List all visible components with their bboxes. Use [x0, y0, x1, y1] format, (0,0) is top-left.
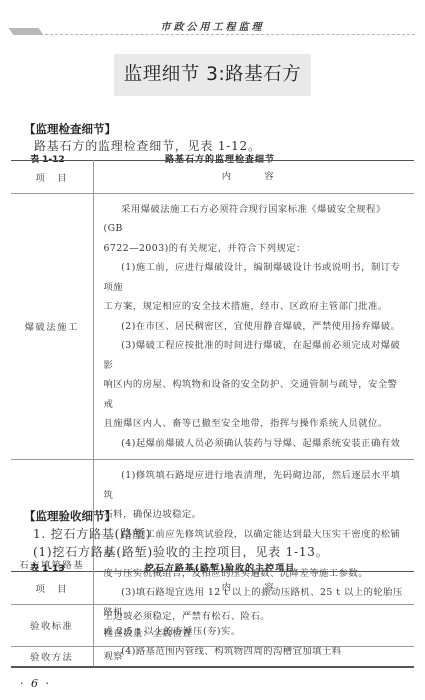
- header-content: 内 容: [93, 572, 414, 605]
- running-head: 市政公用工程监理: [0, 18, 425, 38]
- acceptance-section-heading: 【监理验收细节】: [24, 508, 116, 524]
- content-line: 观察: [104, 648, 405, 665]
- content-line: (3)爆破工程应按批准的时间进行爆破，在起爆前必须完成对爆破影: [104, 336, 405, 375]
- header-item: 项 目: [11, 572, 93, 605]
- header-content: 内 容: [93, 161, 414, 194]
- header-dashed-rule: [40, 34, 415, 35]
- row-item: 爆破法施工: [11, 193, 93, 460]
- content-line: 采用爆破法施工石方必须符合现行国家标准《爆破安全规程》(GB: [104, 200, 405, 239]
- content-line: 检查数量：全数检查: [104, 625, 405, 642]
- running-head-title: 市政公用工程监理: [0, 18, 425, 33]
- table-row: 爆破法施工 采用爆破法施工石方必须符合现行国家标准《爆破安全规程》(GB 672…: [11, 193, 414, 460]
- table-row: 验收标准 上边坡必须稳定，严禁有松石、险石。 检查数量：全数检查: [11, 604, 414, 646]
- content-line: 石料，确保边坡稳定。: [104, 505, 405, 525]
- content-line: 上边坡必须稳定，严禁有松石、险石。: [104, 608, 405, 625]
- chapter-title: 监理细节 3:路基石方: [114, 54, 311, 96]
- content-line: 响区内的房屋、构筑物和设备的安全防护、交通管制与疏导，安全警戒: [104, 375, 405, 414]
- acceptance-intro: (1)挖石方路基(路堑)验收的主控项目，见表 1-13。: [33, 543, 329, 560]
- content-line: (4)起爆前爆破人员必须确认装药与导爆、起爆系统安装正确有效: [104, 434, 405, 454]
- row-content: 上边坡必须稳定，严禁有松石、险石。 检查数量：全数检查: [93, 604, 414, 646]
- header-item: 项 目: [11, 161, 93, 194]
- content-line: (1)施工前，应进行爆破设计，编制爆破设计书或说明书，制订专项施: [104, 258, 405, 297]
- table-1-13: 项 目 内 容 验收标准 上边坡必须稳定，严禁有松石、险石。 检查数量：全数检查…: [11, 571, 414, 667]
- row-content: 采用爆破法施工石方必须符合现行国家标准《爆破安全规程》(GB 6722—2003…: [93, 193, 414, 460]
- inspection-section-heading: 【监理检查细节】: [24, 121, 116, 137]
- row-content: 观察: [93, 646, 414, 666]
- content-line: 工方案，规定相应的安全技术措施，经市、区政府主管部门批准。: [104, 297, 405, 317]
- content-line: (1)修筑填石路堤应进行地表清理，先码砌边部，然后逐层水平填筑: [104, 466, 405, 505]
- page-number: · 6 ·: [20, 677, 51, 690]
- row-item: 验收方法: [11, 646, 93, 666]
- content-line: 6722—2003)的有关规定，并符合下列规定：: [104, 239, 405, 259]
- acceptance-subheading: 1. 挖石方路基(路堑): [33, 525, 151, 542]
- table-header-row: 项 目 内 容: [11, 572, 414, 605]
- table-row: 验收方法 观察: [11, 646, 414, 666]
- row-item: 验收标准: [11, 604, 93, 646]
- table-header-row: 项 目 内 容: [11, 161, 414, 194]
- content-line: (2)在市区、居民稠密区，宜使用静音爆破，严禁使用扬弃爆破。: [104, 317, 405, 337]
- content-line: 且施爆区内人、畜等已撤至安全地带，指挥与操作系统人员就位。: [104, 414, 405, 434]
